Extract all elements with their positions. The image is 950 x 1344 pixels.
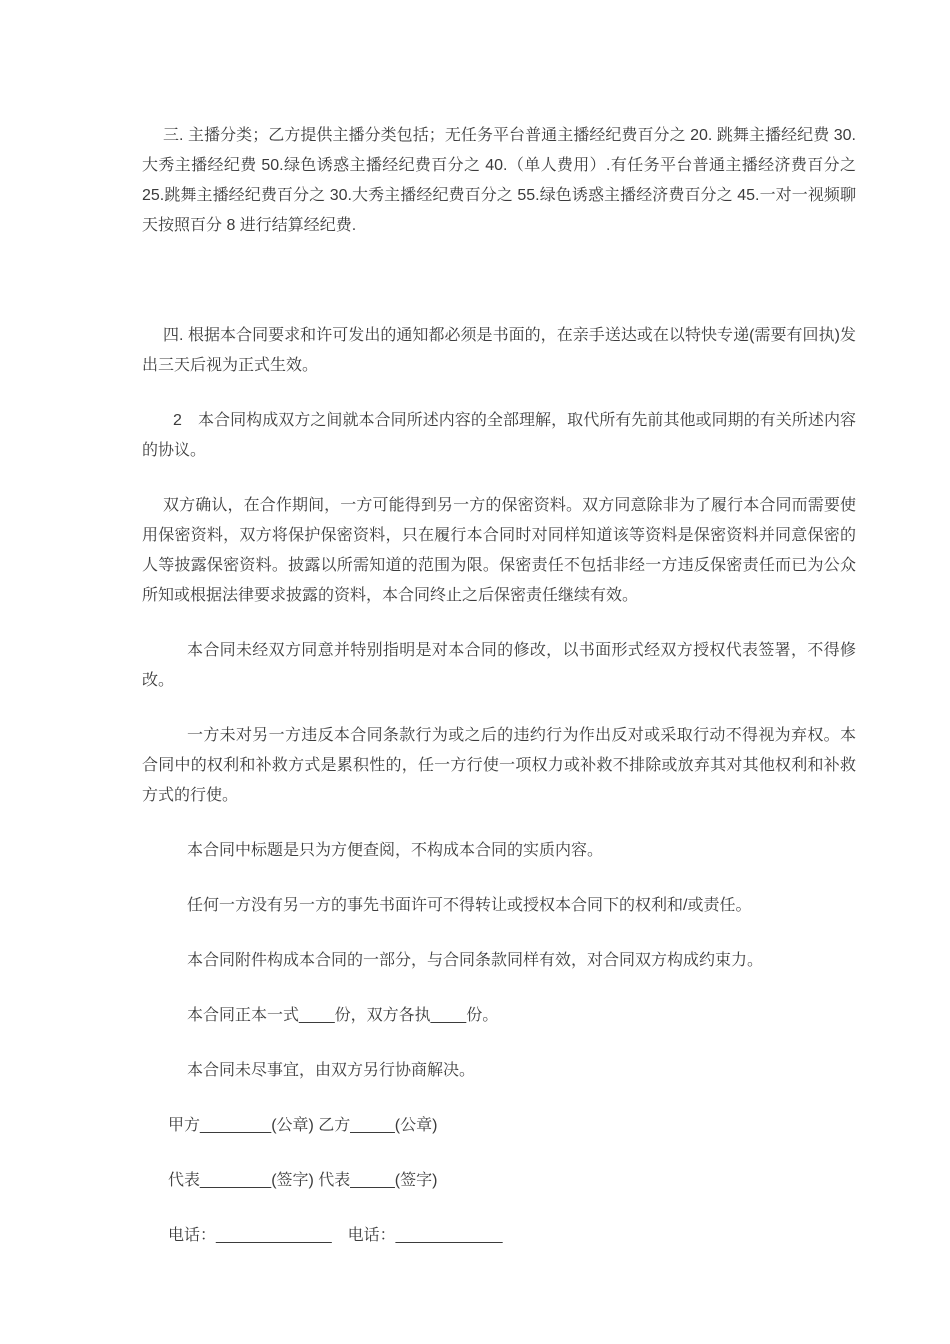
empty-paragraph bbox=[142, 266, 856, 296]
paragraph-clause-waiver: 一方未对另一方违反本合同条款行为或之后的违约行为作出反对或采取行动不得视为弃权。… bbox=[142, 721, 856, 811]
paragraph-clause-headings: 本合同中标题是只为方便查阅，不构成本合同的实质内容。 bbox=[142, 836, 856, 866]
paragraph-clause-anchor-categories: 三. 主播分类；乙方提供主播分类包括；无任务平台普通主播经纪费百分之 20. 跳… bbox=[142, 121, 856, 241]
signature-seal-line: 甲方________(公章) 乙方_____(公章) bbox=[142, 1111, 856, 1141]
paragraph-clause-copies: 本合同正本一式____份，双方各执____份。 bbox=[142, 1001, 856, 1031]
paragraph-clause-entire-agreement: 2 本合同构成双方之间就本合同所述内容的全部理解，取代所有先前其他或同期的有关所… bbox=[142, 406, 856, 466]
paragraph-clause-notices: 四. 根据本合同要求和许可发出的通知都必须是书面的，在亲手送达或在以特快专递(需… bbox=[142, 321, 856, 381]
paragraph-clause-amendment: 本合同未经双方同意并特别指明是对本合同的修改，以书面形式经双方授权代表签署，不得… bbox=[142, 636, 856, 696]
paragraph-clause-assignment: 任何一方没有另一方的事先书面许可不得转让或授权本合同下的权利和/或责任。 bbox=[142, 891, 856, 921]
paragraph-clause-annex: 本合同附件构成本合同的一部分，与合同条款同样有效，对合同双方构成约束力。 bbox=[142, 946, 856, 976]
paragraph-clause-confidentiality: 双方确认，在合作期间，一方可能得到另一方的保密资料。双方同意除非为了履行本合同而… bbox=[142, 491, 856, 611]
signature-representative-line: 代表________(签字) 代表_____(签字) bbox=[142, 1166, 856, 1196]
signature-phone-line: 电话：_____________ 电话：____________ bbox=[142, 1221, 856, 1251]
paragraph-clause-outstanding-matters: 本合同未尽事宜，由双方另行协商解决。 bbox=[142, 1056, 856, 1086]
contract-document-page: 三. 主播分类；乙方提供主播分类包括；无任务平台普通主播经纪费百分之 20. 跳… bbox=[0, 0, 950, 1344]
